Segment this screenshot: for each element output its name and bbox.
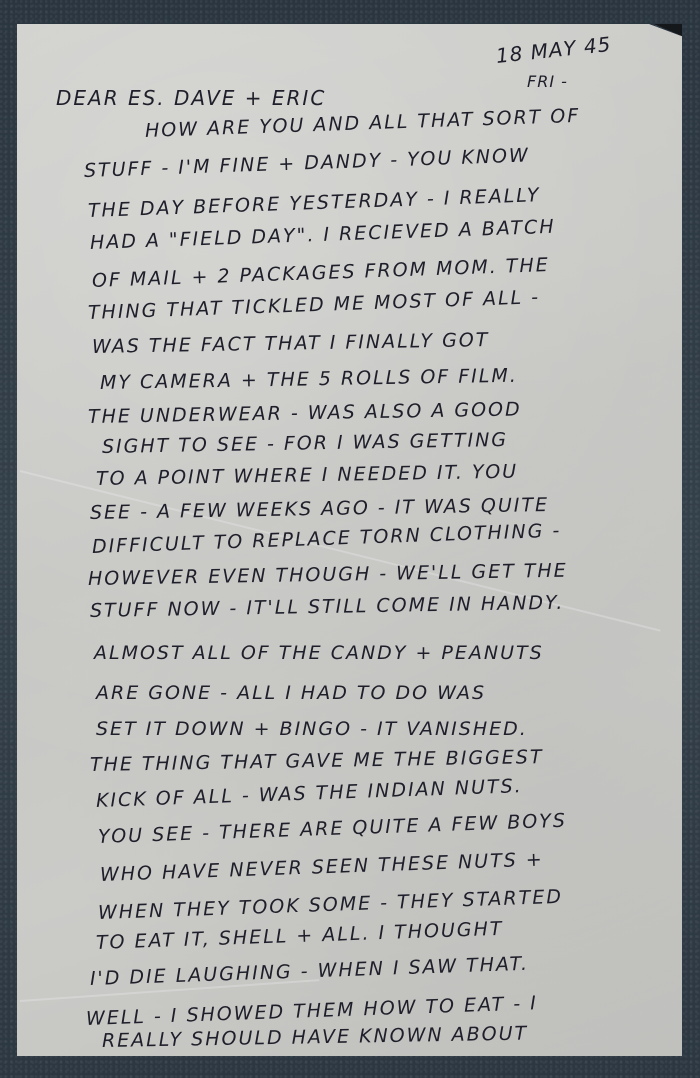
salutation: Dear Es. Dave + Eric — [56, 86, 326, 110]
letter-line: Almost all of the candy + peanuts — [94, 642, 544, 664]
letter-line: set it down + bingo - it vanished. — [96, 718, 528, 740]
letter-line: are gone - all I had to do was — [96, 682, 486, 704]
letter-day: Fri - — [527, 72, 568, 91]
